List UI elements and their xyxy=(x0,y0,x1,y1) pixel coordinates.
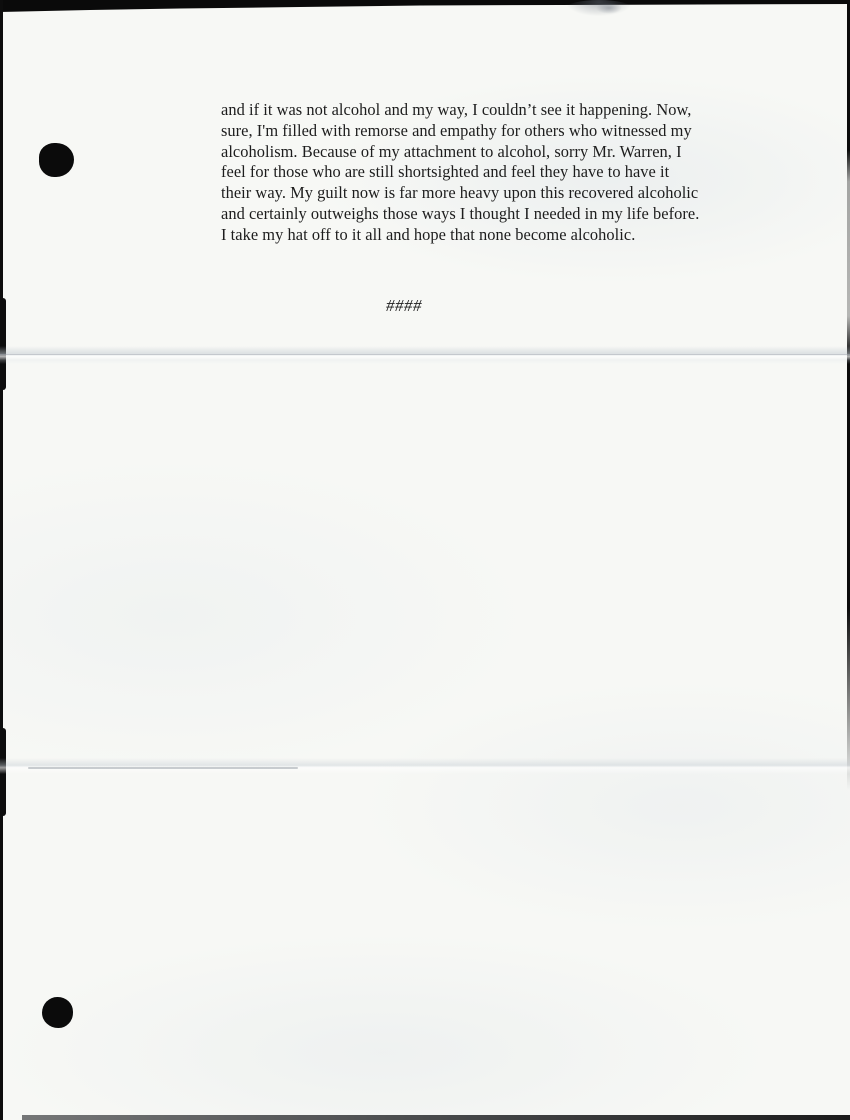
scan-edge-left-bulge xyxy=(0,728,6,816)
paragraph-line: their way. My guilt now is far more heav… xyxy=(221,183,699,204)
paragraph-line: alcoholism. Because of my attachment to … xyxy=(221,142,699,163)
ink-smudge xyxy=(596,2,622,14)
scan-edge-left-bulge xyxy=(0,298,6,390)
paragraph-line: and if it was not alcohol and my way, I … xyxy=(221,100,699,121)
typed-paragraph: and if it was not alcohol and my way, I … xyxy=(221,100,699,246)
paragraph-line: and certainly outweighs those ways I tho… xyxy=(221,204,699,225)
punch-hole-bottom xyxy=(42,997,73,1028)
paragraph-line: I take my hat off to it all and hope tha… xyxy=(221,225,699,246)
fold-crease-upper xyxy=(0,346,850,364)
scan-edge-left xyxy=(0,0,3,1120)
scanned-page: and if it was not alcohol and my way, I … xyxy=(0,0,850,1120)
scan-edge-bottom xyxy=(22,1115,850,1120)
end-of-document-marker: #### xyxy=(386,296,422,316)
scan-edge-top xyxy=(0,0,850,14)
fold-crease-lower xyxy=(0,758,850,774)
punch-hole-top xyxy=(39,143,74,177)
paragraph-line: sure, I'm filled with remorse and empath… xyxy=(221,121,699,142)
paragraph-line: feel for those who are still shortsighte… xyxy=(221,162,699,183)
